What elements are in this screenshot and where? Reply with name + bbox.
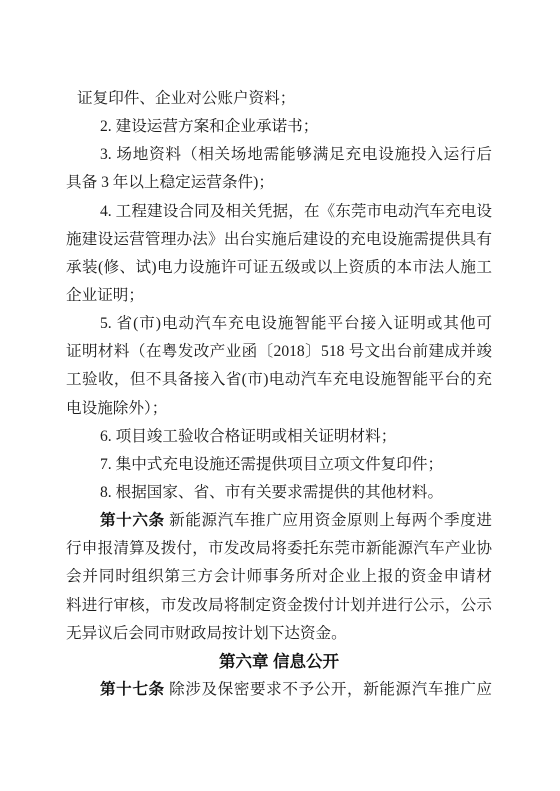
text-line: 行申报清算及拨付，市发改局将委托东莞市新能源汽车产业协: [66, 535, 492, 563]
text-line: 证复印件、企业对公账户资料；: [66, 85, 492, 113]
text-line: 5. 省(市)电动汽车充电设施智能平台接入证明或其他可: [66, 310, 492, 338]
text-line: 会并同时组织第三方会计师事务所对企业上报的资金申请材: [66, 563, 492, 591]
article-number-bold: 第十六条: [100, 512, 165, 529]
document-text-block: 证复印件、企业对公账户资料；2. 建设运营方案和企业承诺书；3. 场地资料（相关…: [66, 85, 492, 704]
text-line: 第十六条 新能源汽车推广应用资金原则上每两个季度进: [66, 507, 492, 535]
text-line: 8. 根据国家、省、市有关要求需提供的其他材料。: [66, 479, 492, 507]
text-line: 承装(修、试)电力设施许可证五级或以上资质的本市法人施工: [66, 254, 492, 282]
article-number-bold: 第十七条: [100, 681, 165, 698]
text-line: 工验收，但不具备接入省(市)电动汽车充电设施智能平台的充: [66, 366, 492, 394]
text-line: 无异议后会同市财政局按计划下达资金。: [66, 620, 492, 648]
text-line: 7. 集中式充电设施还需提供项目立项文件复印件；: [66, 451, 492, 479]
text-line: 4. 工程建设合同及相关凭据，在《东莞市电动汽车充电设: [66, 198, 492, 226]
text-line: 证明材料（在粤发改产业函〔2018〕518 号文出台前建成并竣: [66, 338, 492, 366]
text-line: 6. 项目竣工验收合格证明或相关证明材料；: [66, 423, 492, 451]
text-line: 2. 建设运营方案和企业承诺书；: [66, 113, 492, 141]
text-line: 施建设运营管理办法》出台实施后建设的充电设施需提供具有: [66, 226, 492, 254]
chapter-heading: 第六章 信息公开: [66, 648, 492, 676]
text-line: 企业证明；: [66, 282, 492, 310]
text-line: 第十七条 除涉及保密要求不予公开，新能源汽车推广应: [66, 676, 492, 704]
text-line: 具备 3 年以上稳定运营条件)；: [66, 169, 492, 197]
text-line: 料进行审核，市发改局将制定资金拨付计划并进行公示，公示: [66, 592, 492, 620]
text-line: 3. 场地资料（相关场地需能够满足充电设施投入运行后: [66, 141, 492, 169]
text-line: 电设施除外）；: [66, 395, 492, 423]
document-page: 证复印件、企业对公账户资料；2. 建设运营方案和企业承诺书；3. 场地资料（相关…: [0, 0, 560, 791]
